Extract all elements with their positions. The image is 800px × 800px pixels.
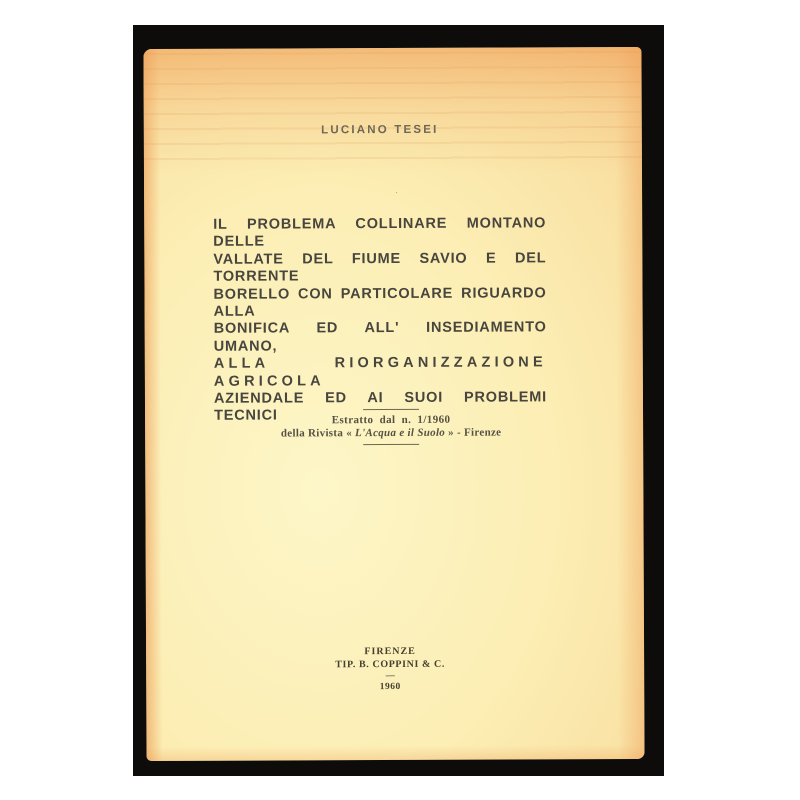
author-name: LUCIANO TESEI bbox=[143, 123, 628, 137]
book-cover: LUCIANO TESEI · IL PROBLEMA COLLINARE MO… bbox=[143, 47, 644, 761]
extract-journal-line: della Rivista « L'Acqua e il Suolo » - F… bbox=[143, 426, 640, 440]
extract-rule-top bbox=[363, 409, 419, 410]
extract-note: Estratto dal n. 1/1960 della Rivista « L… bbox=[143, 408, 640, 446]
title-line: ALLA RIORGANIZZAZIONE AGRICOLA bbox=[214, 355, 547, 391]
extract-source-line: Estratto dal n. 1/1960 bbox=[143, 413, 640, 427]
imprint-dash: — bbox=[143, 670, 639, 680]
photo-backdrop: LUCIANO TESEI · IL PROBLEMA COLLINARE MO… bbox=[133, 25, 664, 776]
title-line: BORELLO CON PARTICOLARE RIGUARDO ALLA bbox=[213, 285, 546, 321]
extract-journal-title: L'Acqua e il Suolo bbox=[355, 427, 445, 439]
extract-rule-bottom bbox=[363, 444, 419, 445]
title-line: BONIFICA ED ALL' INSEDIAMENTO UMANO, bbox=[214, 320, 547, 356]
separator-dot-mark: · bbox=[395, 188, 398, 197]
imprint-city: FIRENZE bbox=[143, 645, 639, 658]
imprint-block: FIRENZE TIP. B. COPPINI & C. — 1960 bbox=[143, 645, 639, 693]
title-line: VALLATE DEL FIUME SAVIO E DEL TORRENTE bbox=[213, 250, 546, 286]
imprint-year: 1960 bbox=[143, 681, 639, 693]
extract-journal-suffix: » - Firenze bbox=[445, 427, 501, 439]
title-line: IL PROBLEMA COLLINARE MONTANO DELLE bbox=[213, 215, 546, 251]
title-block: IL PROBLEMA COLLINARE MONTANO DELLE VALL… bbox=[213, 215, 547, 425]
extract-journal-prefix: della Rivista « bbox=[281, 427, 355, 439]
